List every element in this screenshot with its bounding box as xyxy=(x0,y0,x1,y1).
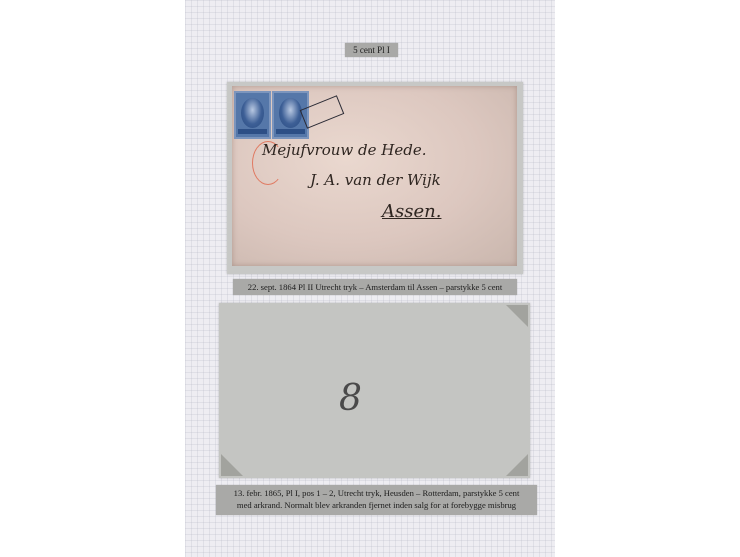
photo-corner-icon xyxy=(506,454,528,476)
cover-caption: 22. sept. 1864 Pl II Utrecht tryk – Amst… xyxy=(233,279,517,295)
address-line: Mejufvrouw de Hede. xyxy=(262,141,427,159)
address-line: Assen. xyxy=(382,201,441,222)
page-title-label: 5 cent Pl I xyxy=(345,43,398,57)
photo-corner-icon xyxy=(506,305,528,327)
empty-mount: 8 xyxy=(219,303,530,478)
address-line: J. A. van der Wijk xyxy=(310,171,441,189)
caption-line: med arkrand. Normalt blev arkranden fjer… xyxy=(216,499,537,511)
stamp-icon xyxy=(234,91,271,139)
postal-cover: Mejufvrouw de Hede. J. A. van der Wijk A… xyxy=(232,86,517,266)
photo-corner-icon xyxy=(221,454,243,476)
pencil-mark: 8 xyxy=(339,378,362,419)
mount-caption: 13. febr. 1865, Pl I, pos 1 – 2, Utrecht… xyxy=(216,485,537,515)
caption-line: 13. febr. 1865, Pl I, pos 1 – 2, Utrecht… xyxy=(216,487,537,499)
